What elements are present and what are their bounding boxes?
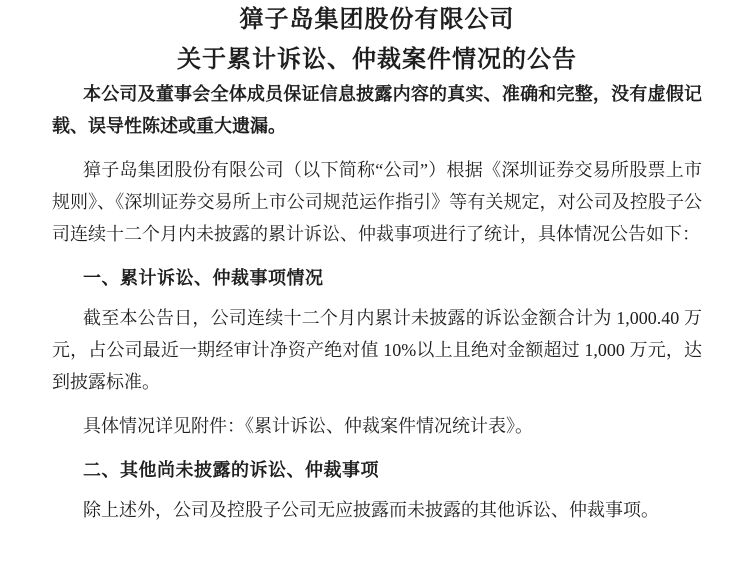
intro-paragraph: 獐子岛集团股份有限公司（以下简称“公司”）根据《深圳证券交易所股票上市规则》、《… [52,154,702,250]
announcement-title: 关于累计诉讼、仲裁案件情况的公告 [52,42,702,78]
attachment-reference-paragraph: 具体情况详见附件：《累计诉讼、仲裁案件情况统计表》。 [52,410,702,442]
company-name-title: 獐子岛集团股份有限公司 [52,2,702,38]
section-1-paragraph: 截至本公告日，公司连续十二个月内累计未披露的诉讼金额合计为 1,000.40 万… [52,302,702,398]
board-statement-paragraph: 本公司及董事会全体成员保证信息披露内容的真实、准确和完整，没有虚假记载、误导性陈… [52,78,702,142]
section-2-heading: 二、其他尚未披露的诉讼、仲裁事项 [52,454,702,486]
section-2-paragraph: 除上述外，公司及控股子公司无应披露而未披露的其他诉讼、仲裁事项。 [52,494,702,526]
announcement-document: 獐子岛集团股份有限公司 关于累计诉讼、仲裁案件情况的公告 本公司及董事会全体成员… [0,0,750,568]
section-1-heading: 一、累计诉讼、仲裁事项情况 [52,262,702,294]
